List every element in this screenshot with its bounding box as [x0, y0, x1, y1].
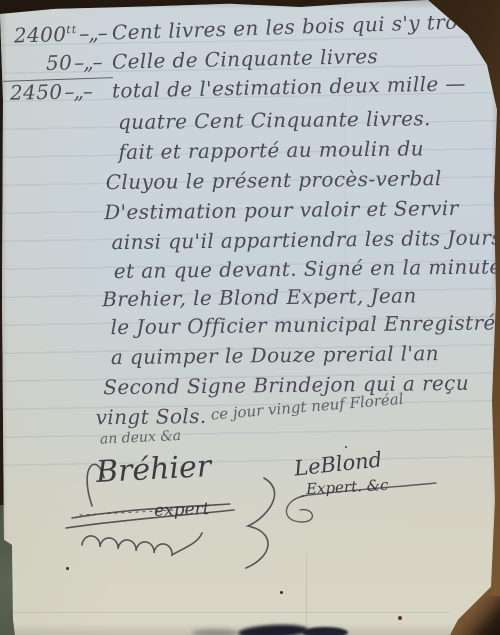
paper-edge-shading: [0, 0, 500, 635]
manuscript-paper: 2400tt–„– Cent livres en les bois qui s'…: [0, 0, 500, 635]
photograph-of-manuscript: 2400tt–„– Cent livres en les bois qui s'…: [0, 0, 500, 635]
